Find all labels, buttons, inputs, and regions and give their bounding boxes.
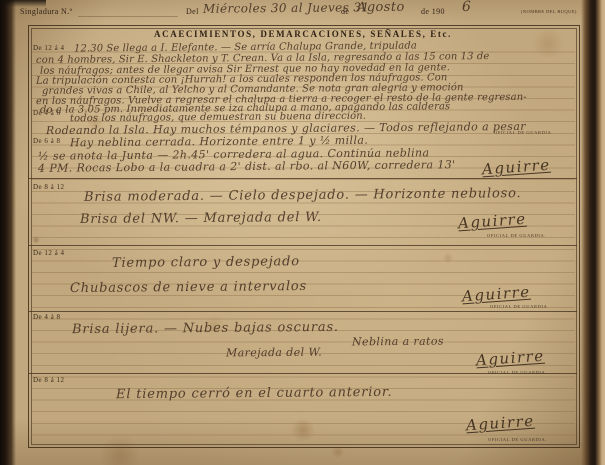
watch-label-6-8: De 6 á 8 [33, 137, 61, 145]
log-title: ACAECIMIENTOS, DEMARCACIONES, SEÑALES, E… [28, 29, 578, 39]
guard-officer-label: Oficial de Guardia. [487, 233, 546, 238]
guard-officer-label: Oficial de Guardia. [488, 370, 547, 375]
singladura-label: Singladura N.º [20, 7, 73, 16]
guard-officer-label: Oficial de Guardia. [488, 437, 547, 442]
log-entry-line: Brisa del NW. — Marejada del W. [80, 210, 322, 227]
de-label: de [341, 7, 349, 16]
watch-label-12-4: De 12 á 4 [33, 44, 65, 52]
year-printed-label: de 190 [421, 7, 445, 16]
year-handwritten: 6 [462, 0, 471, 15]
log-entry-line: Tiempo claro y despejado [112, 254, 300, 271]
top-edge-shadow [0, 0, 46, 7]
log-entry-line: Brisa lijera. — Nubes bajas oscuras. [72, 320, 339, 337]
watch-label-8-12: De 8 á 12 [33, 183, 65, 191]
log-entry-line: Marejada del W. [226, 346, 322, 360]
binding-spine [0, 0, 16, 465]
log-entry-line: Neblina a ratos [352, 335, 444, 349]
guard-officer-label: Oficial de Guardia. [490, 304, 549, 309]
singladura-blank-rule [78, 16, 178, 17]
watch-label-8-12b: De 8 á 12 [33, 376, 65, 384]
month-handwritten: Agosto [357, 0, 405, 15]
section-divider [29, 311, 577, 312]
log-entry-line: Chubascos de nieve a intervalos [70, 279, 307, 296]
page-edge [581, 0, 605, 465]
del-label: Del [186, 7, 199, 16]
ship-name-label: (NOMBRE DEL BUQUE) [521, 9, 577, 14]
watch-label-4-8: De 4 á 8 [33, 313, 61, 321]
guard-officer-label: Oficial de Guardia. [494, 130, 553, 135]
log-entry-line: El tiempo cerró en el cuarto anterior. [116, 385, 392, 402]
section-divider [29, 178, 577, 179]
logbook-page: Singladura N.º Del Miércoles 30 al Jueve… [0, 0, 605, 465]
watch-label-12-4b: De 12 á 4 [33, 249, 65, 257]
section-divider [29, 245, 577, 246]
